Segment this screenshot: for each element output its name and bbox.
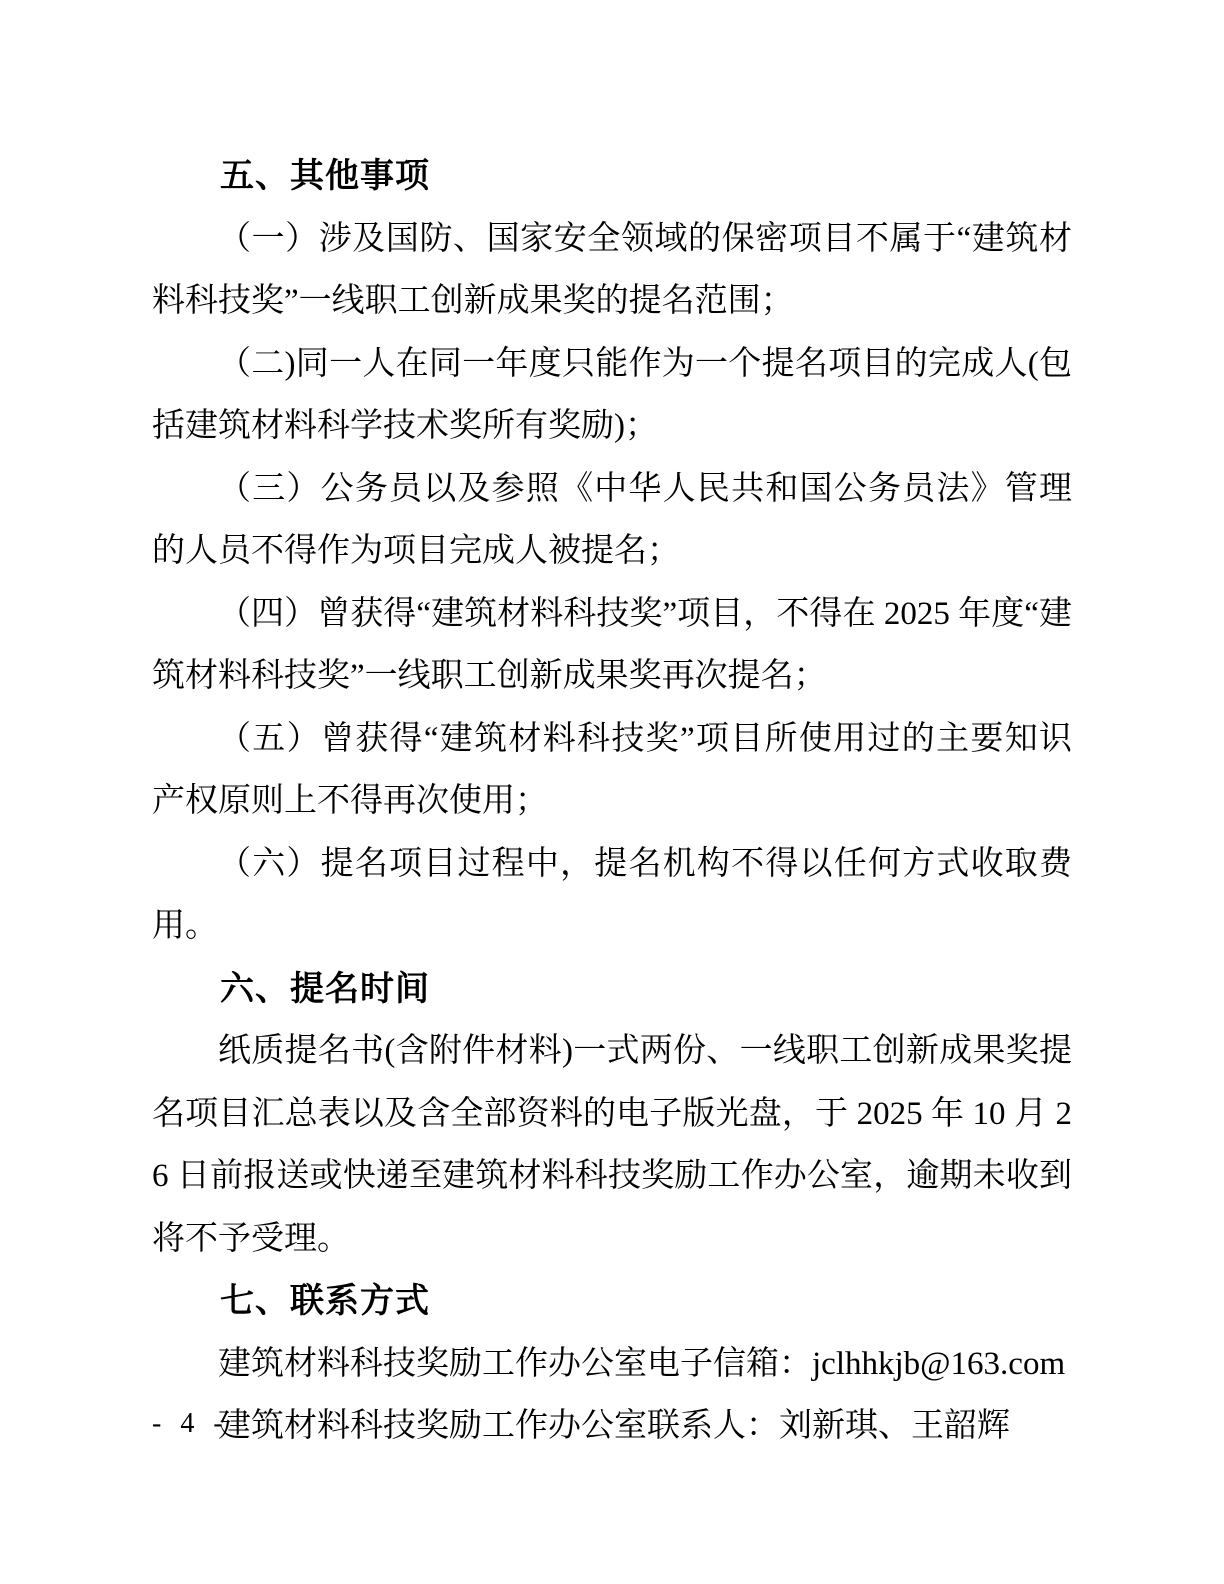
section-heading-other-matters: 五、其他事项 (152, 145, 1072, 208)
paragraph-item-6: （六）提名项目过程中，提名机构不得以任何方式收取费用。 (152, 833, 1072, 958)
paragraph-contact-persons: 建筑材料科技奖励工作办公室联系人：刘新琪、王韶辉 (152, 1395, 1072, 1458)
paragraph-item-4: （四）曾获得“建筑材料科技奖”项目，不得在 2025 年度“建筑材料科技奖”一线… (152, 583, 1072, 708)
section-heading-nomination-time: 六、提名时间 (152, 958, 1072, 1021)
document-body: 五、其他事项 （一）涉及国防、国家安全领域的保密项目不属于“建筑材料科技奖”一线… (152, 145, 1072, 1458)
paragraph-submission-deadline: 纸质提名书(含附件材料)一式两份、一线职工创新成果奖提名项目汇总表以及含全部资料… (152, 1020, 1072, 1270)
paragraph-contact-email: 建筑材料科技奖励工作办公室电子信箱：jclhhkjb@163.com (152, 1333, 1072, 1396)
page-number: - 4 - (152, 1408, 229, 1440)
paragraph-item-2: （二)同一人在同一年度只能作为一个提名项目的完成人(包括建筑材料科学技术奖所有奖… (152, 333, 1072, 458)
paragraph-item-1: （一）涉及国防、国家安全领域的保密项目不属于“建筑材料科技奖”一线职工创新成果奖… (152, 208, 1072, 333)
paragraph-item-5: （五）曾获得“建筑材料科技奖”项目所使用过的主要知识产权原则上不得再次使用； (152, 708, 1072, 833)
paragraph-item-3: （三）公务员以及参照《中华人民共和国公务员法》管理的人员不得作为项目完成人被提名… (152, 458, 1072, 583)
document-page: 五、其他事项 （一）涉及国防、国家安全领域的保密项目不属于“建筑材料科技奖”一线… (0, 0, 1224, 1584)
section-heading-contact-info: 七、联系方式 (152, 1270, 1072, 1333)
